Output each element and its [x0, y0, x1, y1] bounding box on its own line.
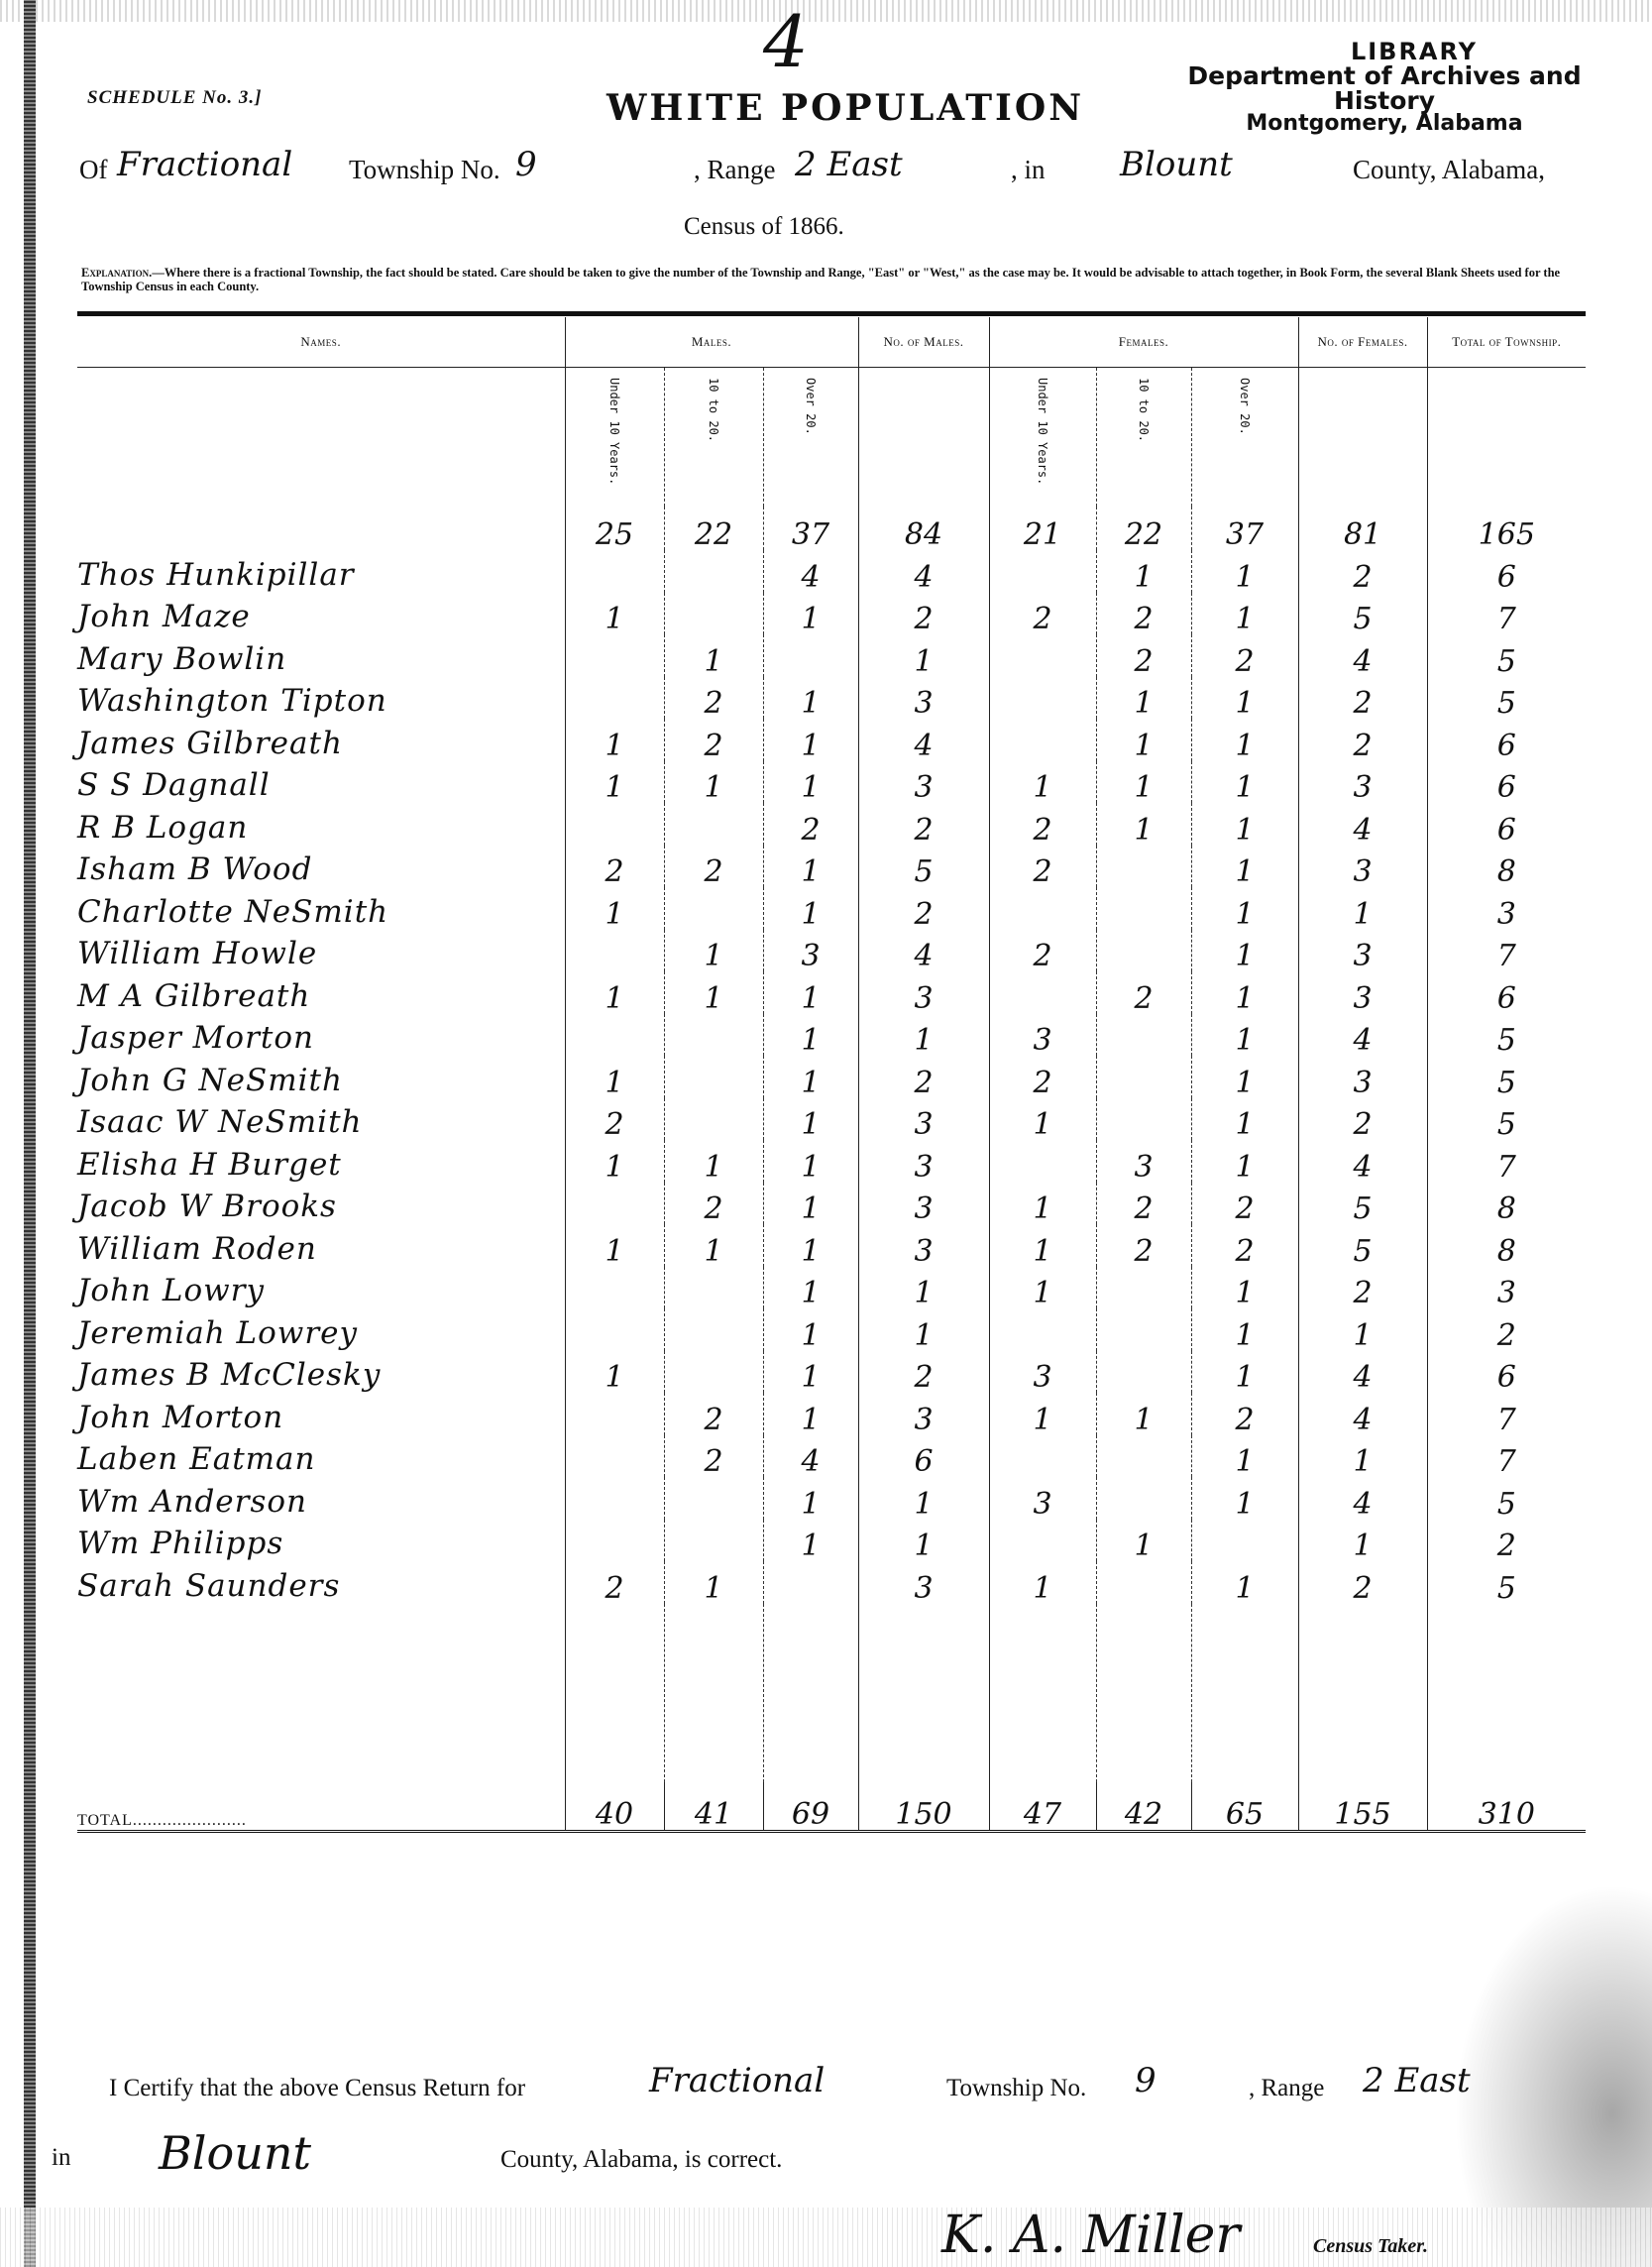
- cell-f-10to20: 1: [1096, 1520, 1191, 1562]
- cell-m-under10: [565, 1520, 664, 1562]
- cell-no-of-females: 4: [1298, 1014, 1427, 1057]
- resident-name: John Morton: [77, 1393, 565, 1435]
- cell-no-of-females: 2: [1298, 719, 1427, 761]
- resident-name: William Roden: [77, 1224, 565, 1267]
- cell-f-10to20: [1096, 1098, 1191, 1141]
- cell-f-10to20: 1: [1096, 550, 1191, 593]
- cell-m-under10: [565, 1308, 664, 1351]
- cell-no-of-males: 1: [858, 1520, 989, 1562]
- cell-m-under10: [565, 634, 664, 677]
- cell-f-over20: 2: [1191, 634, 1298, 677]
- total-f-10to20: 42: [1096, 1782, 1191, 1832]
- table-row: John Morton21311247: [77, 1393, 1586, 1435]
- cell-no-of-females: 2: [1298, 1561, 1427, 1604]
- explanation-note: Explanation.—Where there is a fractional…: [81, 266, 1588, 293]
- cell-total: 5: [1427, 1056, 1586, 1098]
- cell-f-under10: 1: [989, 1561, 1096, 1604]
- certify-township-type: Fractional: [649, 2061, 825, 2100]
- cell-m-under10: 1: [565, 761, 664, 804]
- cell-m-under10: 2: [565, 846, 664, 888]
- certify-suffix: County, Alabama, is correct.: [500, 2146, 782, 2174]
- resident-name: Wm Philipps: [77, 1520, 565, 1562]
- resident-name: Jacob W Brooks: [77, 1183, 565, 1225]
- township-value: 9: [515, 145, 537, 184]
- resident-name: Thos Hunkipillar: [77, 550, 565, 593]
- cell-m-10to20: [664, 1477, 763, 1520]
- cell-no-of-males: 4: [858, 719, 989, 761]
- cell-f-10to20: [1096, 1267, 1191, 1309]
- col-f-under10: Under 10 Years.: [989, 368, 1096, 508]
- table-row: Wm Anderson113145: [77, 1477, 1586, 1520]
- cell-f-over20: 1: [1191, 846, 1298, 888]
- cell-total: 2: [1427, 1308, 1586, 1351]
- resident-name: James B McClesky: [77, 1351, 565, 1394]
- cell-m-over20: 1: [763, 971, 858, 1014]
- resident-name: John G NeSmith: [77, 1056, 565, 1098]
- cell-no-of-males: 3: [858, 1140, 989, 1183]
- cell-total: 6: [1427, 550, 1586, 593]
- cell-m-under10: 2: [565, 1561, 664, 1604]
- cell-no-of-males: 3: [858, 677, 989, 720]
- cell-total: 5: [1427, 1014, 1586, 1057]
- cell-f-over20: 1: [1191, 887, 1298, 930]
- cell-no-of-males: 6: [858, 1435, 989, 1478]
- cell-m-10to20: 1: [664, 930, 763, 972]
- total-row: TOTAL....................... 40 41 69 15…: [77, 1782, 1586, 1832]
- cell-no-of-females: 2: [1298, 550, 1427, 593]
- resident-name: Sarah Saunders: [77, 1561, 565, 1604]
- cell-f-under10: [989, 719, 1096, 761]
- cell-no-of-males: 1: [858, 634, 989, 677]
- cell-no-of-males: 4: [858, 930, 989, 972]
- total-m-under10: 40: [565, 1782, 664, 1832]
- cell-total: 5: [1427, 1098, 1586, 1141]
- cell-no-of-females: 3: [1298, 846, 1427, 888]
- cell-f-under10: 2: [989, 930, 1096, 972]
- cell-m-over20: 4: [763, 550, 858, 593]
- cell-f-under10: 3: [989, 1351, 1096, 1394]
- cell-f-under10: 1: [989, 761, 1096, 804]
- col-f-10to20: 10 to 20.: [1096, 368, 1191, 508]
- table-row: Washington Tipton2131125: [77, 677, 1586, 720]
- cell-m-under10: [565, 1393, 664, 1435]
- cell-no-of-males: 1: [858, 1477, 989, 1520]
- cell-m-over20: 1: [763, 887, 858, 930]
- resident-name: Jasper Morton: [77, 1014, 565, 1057]
- explanation-text: —Where there is a fractional Township, t…: [81, 266, 1560, 293]
- cell-no-of-females: 5: [1298, 1183, 1427, 1225]
- resident-name: William Howle: [77, 930, 565, 972]
- cell-f-over20: 1: [1191, 1140, 1298, 1183]
- cell-m-over20: 1: [763, 846, 858, 888]
- resident-name: Charlotte NeSmith: [77, 887, 565, 930]
- cell-f-10to20: 1: [1096, 677, 1191, 720]
- of-value: Fractional: [117, 145, 292, 184]
- cell-m-over20: 1: [763, 761, 858, 804]
- cell-f-under10: 1: [989, 1183, 1096, 1225]
- cell-f-10to20: 2: [1096, 634, 1191, 677]
- resident-name: Laben Eatman: [77, 1435, 565, 1478]
- cell-m-10to20: [664, 593, 763, 635]
- table-row: Mary Bowlin112245: [77, 634, 1586, 677]
- cell-m-over20: 1: [763, 1477, 858, 1520]
- cell-f-10to20: 3: [1096, 1140, 1191, 1183]
- table-row: John Lowry111123: [77, 1267, 1586, 1309]
- cell-m-10to20: 2: [664, 1183, 763, 1225]
- cell-m-10to20: 2: [664, 1435, 763, 1478]
- cell-total: 7: [1427, 1393, 1586, 1435]
- total-m-over20: 69: [763, 1782, 858, 1832]
- table-row: Laben Eatman246117: [77, 1435, 1586, 1478]
- cell-f-10to20: 2: [1096, 1183, 1191, 1225]
- cell-m-10to20: 1: [664, 971, 763, 1014]
- cell-m-under10: 1: [565, 1351, 664, 1394]
- signature: K. A. Miller: [941, 2206, 1240, 2265]
- cell-f-over20: 1: [1191, 803, 1298, 846]
- cell-m-over20: 2: [763, 803, 858, 846]
- cell-m-under10: [565, 930, 664, 972]
- col-m-over20: Over 20.: [763, 368, 858, 508]
- cell-m-under10: [565, 550, 664, 593]
- col-f-over20: Over 20.: [1191, 368, 1298, 508]
- cell-total: 5: [1427, 1561, 1586, 1604]
- cell-f-10to20: 1: [1096, 803, 1191, 846]
- header-rule: [77, 311, 1586, 316]
- cell-no-of-females: 5: [1298, 1224, 1427, 1267]
- table-row: Sarah Saunders2131125: [77, 1561, 1586, 1604]
- cell-no-of-males: 1: [858, 1014, 989, 1057]
- cell-f-under10: [989, 550, 1096, 593]
- col-males: Males.: [565, 317, 858, 368]
- cell-m-over20: 1: [763, 1351, 858, 1394]
- cell-no-of-males: 3: [858, 1561, 989, 1604]
- scan-noise-top: [0, 0, 1652, 22]
- table-row: Isaac W NeSmith2131125: [77, 1098, 1586, 1141]
- cell-m-10to20: [664, 1056, 763, 1098]
- resident-name: Mary Bowlin: [77, 634, 565, 677]
- cell-f-over20: 2: [1191, 1393, 1298, 1435]
- resident-name: Elisha H Burget: [77, 1140, 565, 1183]
- cell-m-10to20: 1: [664, 634, 763, 677]
- cell-f-under10: 1: [989, 1098, 1096, 1141]
- cell-no-of-males: 3: [858, 1098, 989, 1141]
- table-row: William Roden111312258: [77, 1224, 1586, 1267]
- schedule-label: SCHEDULE No. 3.]: [87, 87, 262, 109]
- table-row: William Howle1342137: [77, 930, 1586, 972]
- cell-f-over20: 1: [1191, 761, 1298, 804]
- cell-f-under10: [989, 634, 1096, 677]
- cell-f-under10: 1: [989, 1224, 1096, 1267]
- cell-m-10to20: 1: [664, 761, 763, 804]
- cell-no-of-females: 4: [1298, 1477, 1427, 1520]
- cell-m-10to20: [664, 1520, 763, 1562]
- cell-f-under10: [989, 971, 1096, 1014]
- township-label: Township No.: [349, 155, 500, 185]
- cell-m-over20: 1: [763, 1056, 858, 1098]
- cell-total: 7: [1427, 1435, 1586, 1478]
- table-row: Thos Hunkipillar441126: [77, 550, 1586, 593]
- cell-no-of-females: 3: [1298, 971, 1427, 1014]
- cell-f-over20: 1: [1191, 677, 1298, 720]
- cell-m-over20: 1: [763, 719, 858, 761]
- cell-m-over20: 1: [763, 1098, 858, 1141]
- cell-m-10to20: 2: [664, 719, 763, 761]
- cell-f-under10: 3: [989, 1477, 1096, 1520]
- total-f-over20: 65: [1191, 1782, 1298, 1832]
- cell-f-under10: 3: [989, 1014, 1096, 1057]
- resident-name: Wm Anderson: [77, 1477, 565, 1520]
- cell-f-over20: 1: [1191, 1056, 1298, 1098]
- cell-m-10to20: 2: [664, 677, 763, 720]
- resident-name: R B Logan: [77, 803, 565, 846]
- cell-no-of-females: 2: [1298, 1098, 1427, 1141]
- cell-m-under10: 1: [565, 971, 664, 1014]
- cell-f-over20: 2: [1191, 1183, 1298, 1225]
- cell-f-under10: [989, 887, 1096, 930]
- cell-f-under10: 2: [989, 593, 1096, 635]
- cell-m-over20: 1: [763, 1014, 858, 1057]
- cell-f-10to20: 2: [1096, 971, 1191, 1014]
- cell-no-of-males: 5: [858, 846, 989, 888]
- cell-total: 7: [1427, 593, 1586, 635]
- cell-m-10to20: 2: [664, 846, 763, 888]
- table-row: Jacob W Brooks21312258: [77, 1183, 1586, 1225]
- county-suffix: County, Alabama,: [1353, 155, 1545, 185]
- cell-m-10to20: 2: [664, 1393, 763, 1435]
- cell-f-over20: 1: [1191, 1477, 1298, 1520]
- cell-m-under10: [565, 803, 664, 846]
- certify-prefix: I Certify that the above Census Return f…: [109, 2075, 525, 2102]
- stamp-line-1: LIBRARY: [1161, 40, 1607, 63]
- cell-total: 5: [1427, 634, 1586, 677]
- cell-no-of-females: 5: [1298, 593, 1427, 635]
- binding-edge: [24, 0, 36, 2267]
- cell-m-10to20: 1: [664, 1561, 763, 1604]
- census-year: Census of 1866.: [684, 213, 844, 241]
- cell-f-under10: 1: [989, 1267, 1096, 1309]
- cell-no-of-males: 2: [858, 1351, 989, 1394]
- cell-m-under10: 1: [565, 593, 664, 635]
- cell-f-10to20: [1096, 930, 1191, 972]
- cell-m-over20: 1: [763, 1520, 858, 1562]
- table-row: Isham B Wood22152138: [77, 846, 1586, 888]
- cell-f-under10: 2: [989, 1056, 1096, 1098]
- in-label: , in: [1011, 155, 1046, 185]
- cell-f-10to20: [1096, 887, 1191, 930]
- cell-total: 5: [1427, 1477, 1586, 1520]
- cell-total: 2: [1427, 1520, 1586, 1562]
- cell-f-over20: 2: [1191, 1224, 1298, 1267]
- cell-m-under10: [565, 1014, 664, 1057]
- total-label: TOTAL.......................: [77, 1782, 565, 1832]
- table-row: Jeremiah Lowrey11112: [77, 1308, 1586, 1351]
- cell-f-over20: [1191, 1520, 1298, 1562]
- cell-m-over20: 3: [763, 930, 858, 972]
- total-of-township: 310: [1427, 1782, 1586, 1832]
- cell-no-of-males: 2: [858, 887, 989, 930]
- cell-f-over20: 1: [1191, 1098, 1298, 1141]
- cell-f-10to20: [1096, 1308, 1191, 1351]
- cell-no-of-females: 3: [1298, 930, 1427, 972]
- cell-m-over20: 1: [763, 593, 858, 635]
- cell-no-of-males: 3: [858, 761, 989, 804]
- cell-f-10to20: 1: [1096, 1393, 1191, 1435]
- cell-m-10to20: [664, 803, 763, 846]
- certify-township-label: Township No.: [946, 2075, 1086, 2102]
- cell-m-10to20: [664, 1308, 763, 1351]
- cell-m-under10: 1: [565, 719, 664, 761]
- cell-m-over20: 1: [763, 1224, 858, 1267]
- cell-total: 6: [1427, 1351, 1586, 1394]
- cell-f-10to20: [1096, 846, 1191, 888]
- resident-name: M A Gilbreath: [77, 971, 565, 1014]
- table-row: Jasper Morton113145: [77, 1014, 1586, 1057]
- cell-m-over20: [763, 634, 858, 677]
- cell-f-10to20: [1096, 1056, 1191, 1098]
- resident-name: James Gilbreath: [77, 719, 565, 761]
- cell-no-of-females: 1: [1298, 1308, 1427, 1351]
- cell-total: 3: [1427, 1267, 1586, 1309]
- table-row: James Gilbreath12141126: [77, 719, 1586, 761]
- explanation-label: Explanation.: [81, 266, 152, 280]
- cell-no-of-females: 1: [1298, 1520, 1427, 1562]
- cell-no-of-females: 4: [1298, 803, 1427, 846]
- cell-m-over20: 1: [763, 1393, 858, 1435]
- cell-f-over20: 1: [1191, 1435, 1298, 1478]
- cell-no-of-males: 3: [858, 971, 989, 1014]
- cell-f-over20: 1: [1191, 1267, 1298, 1309]
- certify-township-value: 9: [1135, 2061, 1156, 2100]
- cell-m-under10: [565, 677, 664, 720]
- cell-no-of-females: 3: [1298, 1056, 1427, 1098]
- resident-name: Isaac W NeSmith: [77, 1098, 565, 1141]
- cell-m-under10: [565, 1477, 664, 1520]
- cell-m-10to20: [664, 1098, 763, 1141]
- col-females: Females.: [989, 317, 1298, 368]
- cell-f-10to20: [1096, 1351, 1191, 1394]
- cell-f-over20: 1: [1191, 593, 1298, 635]
- cell-f-under10: [989, 677, 1096, 720]
- cell-m-under10: 2: [565, 1098, 664, 1141]
- cell-no-of-males: 2: [858, 593, 989, 635]
- cell-no-of-males: 2: [858, 1056, 989, 1098]
- cell-no-of-males: 1: [858, 1308, 989, 1351]
- cell-no-of-females: 4: [1298, 634, 1427, 677]
- resident-name: Washington Tipton: [77, 677, 565, 720]
- cell-m-over20: 1: [763, 1140, 858, 1183]
- county-value: Blount: [1120, 145, 1233, 184]
- blank-row: [77, 1604, 1586, 1782]
- cell-total: 6: [1427, 803, 1586, 846]
- cell-m-10to20: 1: [664, 1224, 763, 1267]
- cell-total: 6: [1427, 971, 1586, 1014]
- table-row: James B McClesky1123146: [77, 1351, 1586, 1394]
- cell-total: 8: [1427, 1183, 1586, 1225]
- resident-name: John Lowry: [77, 1267, 565, 1309]
- resident-name: Jeremiah Lowrey: [77, 1308, 565, 1351]
- cell-total: 7: [1427, 930, 1586, 972]
- cell-m-under10: 1: [565, 1224, 664, 1267]
- cell-f-under10: [989, 1140, 1096, 1183]
- cell-f-under10: [989, 1308, 1096, 1351]
- cell-total: 6: [1427, 761, 1586, 804]
- col-total-of-township: Total of Township.: [1427, 317, 1586, 368]
- cell-f-10to20: 1: [1096, 761, 1191, 804]
- range-value: 2 East: [795, 145, 903, 184]
- cell-f-under10: 2: [989, 846, 1096, 888]
- col-m-10to20: 10 to 20.: [664, 368, 763, 508]
- resident-name: John Maze: [77, 593, 565, 635]
- total-no-of-females: 155: [1298, 1782, 1427, 1832]
- cell-total: 5: [1427, 677, 1586, 720]
- cell-no-of-females: 2: [1298, 1267, 1427, 1309]
- col-no-of-females: No. of Females.: [1298, 317, 1427, 368]
- cell-no-of-males: 3: [858, 1393, 989, 1435]
- cell-no-of-females: 1: [1298, 1435, 1427, 1478]
- resident-name: S S Dagnall: [77, 761, 565, 804]
- cell-f-under10: 2: [989, 803, 1096, 846]
- cell-m-over20: 1: [763, 1267, 858, 1309]
- sub-header-row: Under 10 Years. 10 to 20. Over 20. Under…: [77, 368, 1586, 508]
- certify-range-label: , Range: [1249, 2075, 1324, 2102]
- certify-in-label: in: [52, 2144, 70, 2172]
- page-number: 4: [763, 0, 809, 83]
- cell-no-of-males: 2: [858, 803, 989, 846]
- cell-no-of-females: 2: [1298, 677, 1427, 720]
- group-header-row: Names. Males. No. of Males. Females. No.…: [77, 317, 1586, 368]
- cell-no-of-females: 1: [1298, 887, 1427, 930]
- cell-m-10to20: 1: [664, 1140, 763, 1183]
- cell-m-over20: 1: [763, 1308, 858, 1351]
- cell-m-under10: 1: [565, 887, 664, 930]
- cell-no-of-males: 1: [858, 1267, 989, 1309]
- table-row: Wm Philipps11112: [77, 1520, 1586, 1562]
- cell-f-10to20: 1: [1096, 719, 1191, 761]
- cell-f-over20: 1: [1191, 971, 1298, 1014]
- range-label: , Range: [694, 155, 775, 185]
- total-m-10to20: 41: [664, 1782, 763, 1832]
- cell-m-under10: [565, 1183, 664, 1225]
- cell-m-10to20: [664, 1014, 763, 1057]
- cell-total: 3: [1427, 887, 1586, 930]
- cell-m-10to20: [664, 1267, 763, 1309]
- cell-m-over20: 4: [763, 1435, 858, 1478]
- table-row: Charlotte NeSmith112113: [77, 887, 1586, 930]
- col-names: Names.: [77, 317, 565, 368]
- cell-f-over20: 1: [1191, 930, 1298, 972]
- library-stamp: LIBRARY Department of Archives and Histo…: [1161, 40, 1607, 135]
- cell-m-10to20: [664, 550, 763, 593]
- table-row: M A Gilbreath11132136: [77, 971, 1586, 1014]
- cell-total: 6: [1427, 719, 1586, 761]
- cell-f-10to20: [1096, 1014, 1191, 1057]
- table-row: John Maze11222157: [77, 593, 1586, 635]
- cell-f-10to20: 2: [1096, 593, 1191, 635]
- cell-f-over20: 1: [1191, 1351, 1298, 1394]
- cell-no-of-females: 4: [1298, 1351, 1427, 1394]
- cell-m-under10: 1: [565, 1140, 664, 1183]
- cell-m-under10: 1: [565, 1056, 664, 1098]
- col-m-under10: Under 10 Years.: [565, 368, 664, 508]
- col-no-of-males: No. of Males.: [858, 317, 989, 368]
- cell-f-over20: 1: [1191, 550, 1298, 593]
- table-row: Elisha H Burget11133147: [77, 1140, 1586, 1183]
- cell-no-of-males: 3: [858, 1183, 989, 1225]
- cell-m-10to20: [664, 887, 763, 930]
- cell-f-10to20: [1096, 1435, 1191, 1478]
- table-row: S S Dagnall111311136: [77, 761, 1586, 804]
- cell-total: 8: [1427, 846, 1586, 888]
